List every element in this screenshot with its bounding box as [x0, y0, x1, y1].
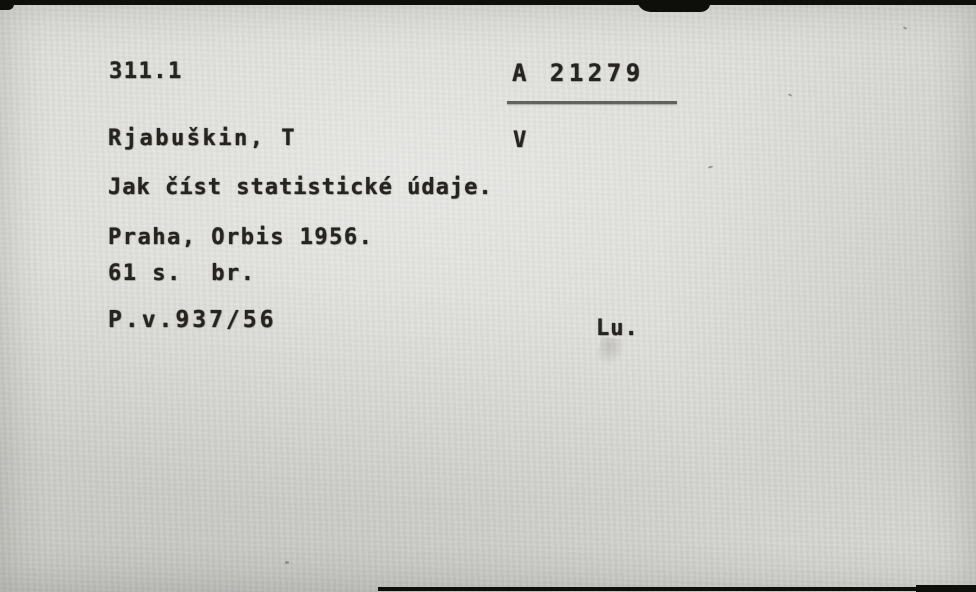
classification-number: 311.1: [109, 61, 183, 83]
author-line: Rjabuškin, T: [108, 128, 297, 150]
card-content: 311.1 A 21279 Rjabuškin, T V Jak číst st…: [0, 0, 976, 592]
catalog-card-scan: 311.1 A 21279 Rjabuškin, T V Jak číst st…: [0, 0, 976, 592]
title-line: Jak číst statistické údaje.: [108, 177, 493, 199]
collation-line: 61 s. br.: [108, 263, 255, 285]
accession-underline: [507, 101, 677, 104]
accession-number: A 21279: [512, 61, 645, 85]
cataloguer-initials: Lu.: [596, 318, 639, 340]
annotation-v-mark: V: [513, 130, 527, 152]
imprint-line: Praha, Orbis 1956.: [108, 227, 373, 249]
record-number: P.v.937/56: [108, 309, 276, 332]
